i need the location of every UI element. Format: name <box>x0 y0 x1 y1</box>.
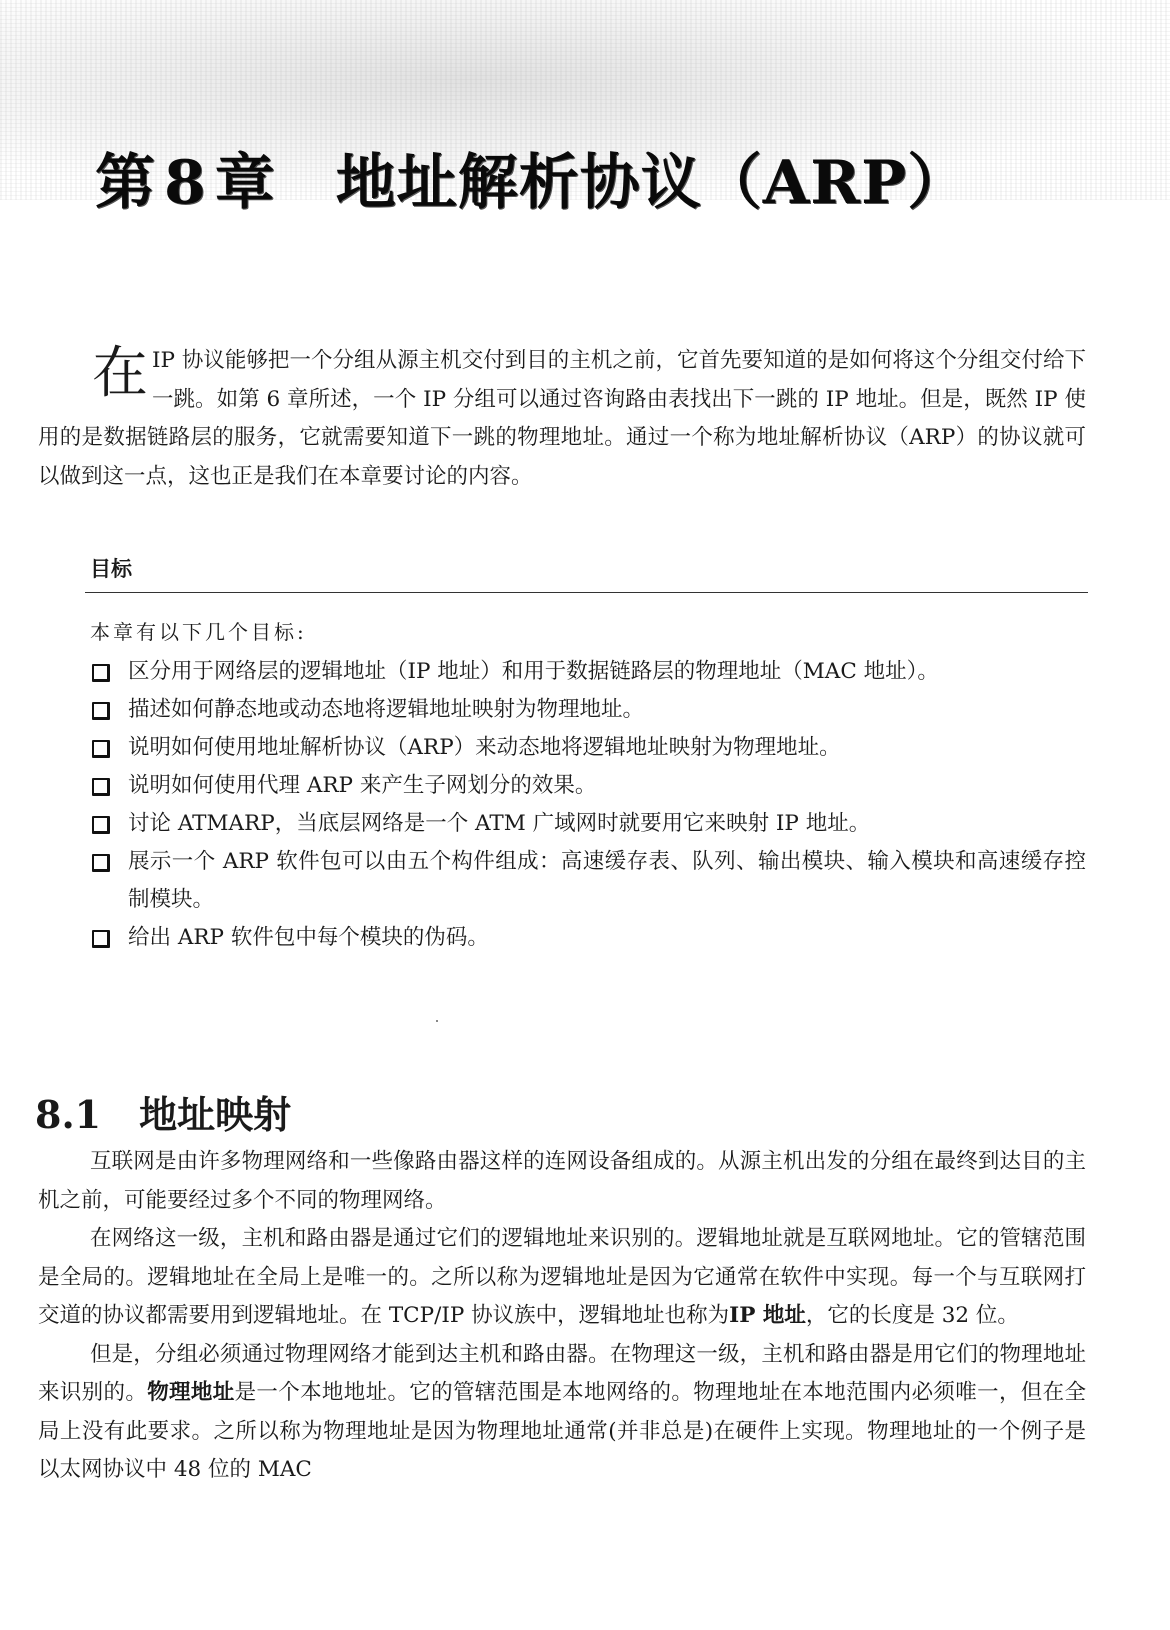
intro-paragraph: 在 IP 协议能够把一个分组从源主机交付到目的主机之前，它首先要知道的是如何将这… <box>38 342 1086 496</box>
body-paragraph-2: 在网络这一级，主机和路由器是通过它们的逻辑地址来识别的。逻辑地址就是互联网地址。… <box>38 1220 1086 1336</box>
objective-item: 描述如何静态地或动态地将逻辑地址映射为物理地址。 <box>90 691 1086 729</box>
term-physical-address: 物理地址 <box>147 1380 234 1405</box>
section-heading: 8.1地址映射 <box>35 1084 291 1139</box>
chapter-title-text: 地址解析协议（ARP） <box>336 148 969 218</box>
objective-item: 展示一个 ARP 软件包可以由五个构件组成：高速缓存表、队列、输出模块、输入模块… <box>90 843 1086 919</box>
objective-item: 讨论 ATMARP，当底层网络是一个 ATM 广域网时就要用它来映射 IP 地址… <box>90 805 1086 843</box>
checkbox-bullet-icon <box>92 664 110 682</box>
objective-item: 说明如何使用代理 ARP 来产生子网划分的效果。 <box>90 767 1086 805</box>
objectives-divider <box>85 592 1088 593</box>
drop-cap: 在 <box>92 346 148 402</box>
checkbox-bullet-icon <box>92 702 110 720</box>
objectives-list: 区分用于网络层的逻辑地址（IP 地址）和用于数据链路层的物理地址（MAC 地址）… <box>90 653 1086 957</box>
checkbox-bullet-icon <box>92 930 110 948</box>
body-paragraph-3: 但是，分组必须通过物理网络才能到达主机和路由器。在物理这一级，主机和路由器是用它… <box>38 1336 1086 1490</box>
body-paragraph-1: 互联网是由许多物理网络和一些像路由器这样的连网设备组成的。从源主机出发的分组在最… <box>38 1143 1086 1220</box>
section-number: 8.1 <box>35 1092 101 1137</box>
objective-item: 说明如何使用地址解析协议（ARP）来动态地将逻辑地址映射为物理地址。 <box>90 729 1086 767</box>
scan-speck <box>436 1020 438 1022</box>
checkbox-bullet-icon <box>92 740 110 758</box>
chapter-label-prefix: 第 <box>95 148 156 218</box>
objective-item: 给出 ARP 软件包中每个模块的伪码。 <box>90 919 1086 957</box>
objectives-intro: 本章有以下几个目标: <box>90 616 307 645</box>
checkbox-bullet-icon <box>92 816 110 834</box>
chapter-title: 第8章地址解析协议（ARP） <box>95 135 968 221</box>
section-title: 地址映射 <box>139 1092 291 1137</box>
objective-item: 区分用于网络层的逻辑地址（IP 地址）和用于数据链路层的物理地址（MAC 地址）… <box>90 653 1086 691</box>
intro-text: IP 协议能够把一个分组从源主机交付到目的主机之前，它首先要知道的是如何将这个分… <box>38 348 1086 489</box>
chapter-number: 8 <box>164 148 207 218</box>
objectives-heading: 目标 <box>90 553 132 583</box>
checkbox-bullet-icon <box>92 854 110 872</box>
checkbox-bullet-icon <box>92 778 110 796</box>
term-ip-address: IP 地址 <box>729 1303 806 1328</box>
chapter-label-suffix: 章 <box>215 148 276 218</box>
section-body: 互联网是由许多物理网络和一些像路由器这样的连网设备组成的。从源主机出发的分组在最… <box>38 1143 1086 1490</box>
